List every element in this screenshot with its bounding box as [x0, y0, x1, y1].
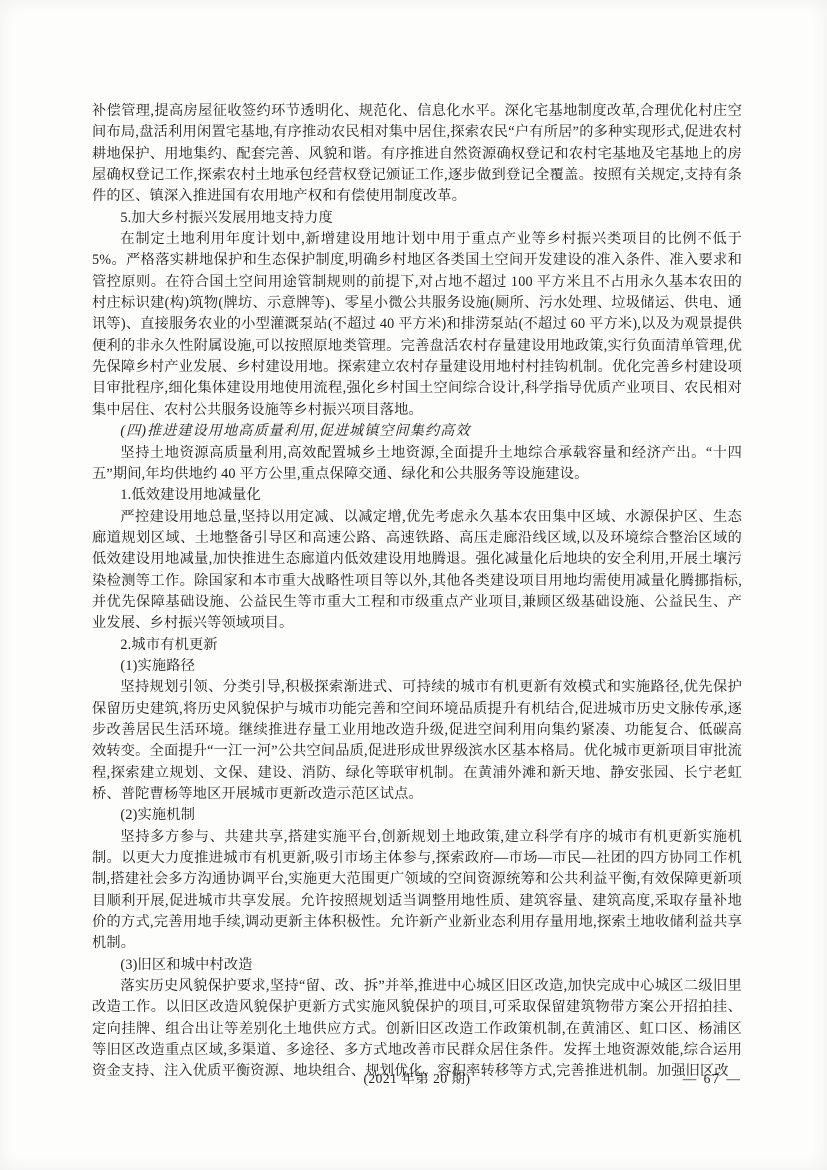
- body-paragraph: 严控建设用地总量,坚持以用定减、以减定增,优先考虑永久基本农田集中区域、水源保护…: [92, 507, 742, 635]
- section-heading: 2.城市有机更新: [92, 635, 742, 656]
- section-heading: 1.低效建设用地减量化: [92, 485, 742, 506]
- body-paragraph: 坚持多方参与、共建共享,搭建实施平台,创新规划土地政策,建立科学有序的城市有机更…: [92, 827, 742, 955]
- body-paragraph: 坚持土地资源高质量利用,高效配置城乡土地资源,全面提升土地综合承载容量和经济产出…: [92, 443, 742, 486]
- document-page: { "page": { "paragraphs": [ { "type": "c…: [0, 0, 827, 1170]
- journal-issue-label: (2021 年第 20 期): [92, 1068, 742, 1090]
- document-text-block: 补偿管理,提高房屋征收签约环节透明化、规范化、信息化水平。深化宅基地制度改革,合…: [92, 101, 742, 1083]
- body-paragraph: 落实历史风貌保护要求,坚持“留、改、拆”并举,推进中心城区旧区改造,加快完成中心…: [92, 976, 742, 1083]
- body-paragraph: 在制定土地利用年度计划中,新增建设用地计划中用于重点产业等乡村振兴类项目的比例不…: [92, 229, 742, 421]
- section-heading: 5.加大乡村振兴发展用地支持力度: [92, 208, 742, 229]
- section-heading: (1)实施路径: [92, 656, 742, 677]
- subsection-heading-kai: (四)推进建设用地高质量利用,促进城镇空间集约高效: [92, 421, 742, 442]
- body-paragraph-continuation: 补偿管理,提高房屋征收签约环节透明化、规范化、信息化水平。深化宅基地制度改革,合…: [92, 101, 742, 208]
- page-number: — 67 —: [683, 1068, 742, 1090]
- section-heading: (2)实施机制: [92, 805, 742, 826]
- section-heading: (3)旧区和城中村改造: [92, 955, 742, 976]
- body-paragraph: 坚持规划引领、分类引导,积极探索渐进式、可持续的城市有机更新有效模式和实施路径,…: [92, 677, 742, 805]
- page-footer: (2021 年第 20 期) — 67 —: [92, 1068, 742, 1090]
